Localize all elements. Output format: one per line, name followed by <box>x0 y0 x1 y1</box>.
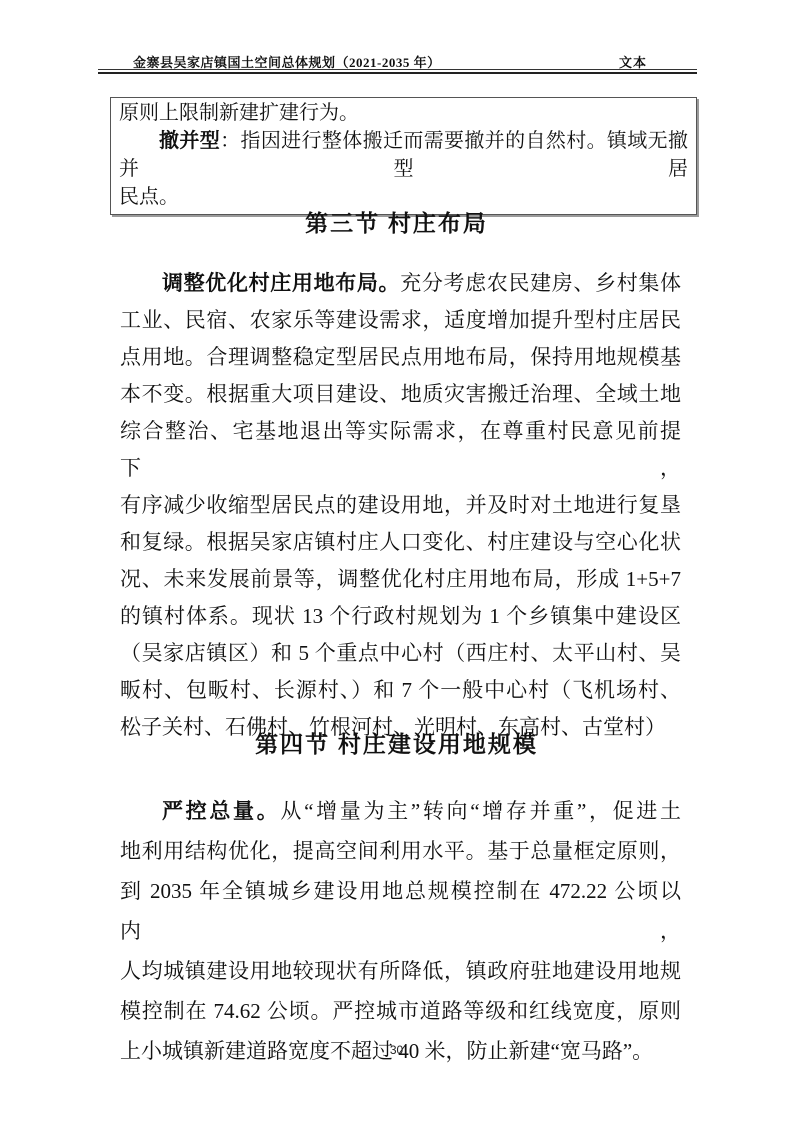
body-line: 工业、民宿、农家乐等建设需求，适度增加提升型村庄居民 <box>120 302 681 339</box>
document-page: 金寨县吴家店镇国土空间总体规划（2021-2035 年） 文本 原则上限制新建扩… <box>0 0 793 1122</box>
body-line: 和复绿。根据吴家店镇村庄人口变化、村庄建设与空心化状 <box>120 524 681 561</box>
body-line: 况、未来发展前景等，调整优化村庄用地布局，形成 1+5+7 <box>120 561 681 598</box>
paragraph-lead: 调整优化村庄用地布局。 <box>162 271 400 295</box>
section-title-4: 第四节 村庄建设用地规模 <box>0 727 793 763</box>
page-number: 30 <box>0 1043 793 1057</box>
body-line: 综合整治、宅基地退出等实际需求，在尊重村民意见前提下， <box>120 413 681 487</box>
paragraph-lead: 严控总量。 <box>162 799 280 823</box>
paragraph-land-scale: 严控总量。从“增量为主”转向“增存并重”，促进土 地利用结构优化，提高空间利用水… <box>120 791 681 1071</box>
body-line: 人均城镇建设用地较现状有所降低，镇政府驻地建设用地规 <box>120 951 681 991</box>
note-line: 原则上限制新建扩建行为。 <box>119 99 688 127</box>
note-term: 撤并型 <box>159 130 220 152</box>
body-line-text: 充分考虑农民建房、乡村集体 <box>400 271 681 295</box>
note-line: 撤并型：指因进行整体搬迁而需要撤并的自然村。镇域无撤并型居 <box>119 127 688 183</box>
body-line-text: 从“增量为主”转向“增存并重”，促进土 <box>280 799 681 823</box>
body-line: （吴家店镇区）和 5 个重点中心村（西庄村、太平山村、吴 <box>120 635 681 672</box>
body-line: 到 2035 年全镇城乡建设用地总规模控制在 472.22 公顷以内， <box>120 871 681 951</box>
body-line: 点用地。合理调整稳定型居民点用地布局，保持用地规模基 <box>120 339 681 376</box>
paragraph-village-layout: 调整优化村庄用地布局。充分考虑农民建房、乡村集体 工业、民宿、农家乐等建设需求，… <box>120 265 681 746</box>
body-line: 严控总量。从“增量为主”转向“增存并重”，促进土 <box>120 791 681 831</box>
body-line: 调整优化村庄用地布局。充分考虑农民建房、乡村集体 <box>120 265 681 302</box>
section-title-3: 第三节 村庄布局 <box>0 206 793 242</box>
header-rule-thin <box>98 69 697 70</box>
body-line: 模控制在 74.62 公顷。严控城市道路等级和红线宽度，原则 <box>120 991 681 1031</box>
header-rule-thick <box>98 72 697 74</box>
body-line: 畈村、包畈村、长源村、）和 7 个一般中心村（飞机场村、 <box>120 672 681 709</box>
body-line: 有序减少收缩型居民点的建设用地，并及时对土地进行复垦 <box>120 487 681 524</box>
body-line: 地利用结构优化，提高空间利用水平。基于总量框定原则， <box>120 831 681 871</box>
note-box: 原则上限制新建扩建行为。 撤并型：指因进行整体搬迁而需要撤并的自然村。镇域无撤并… <box>110 97 697 215</box>
body-line: 本不变。根据重大项目建设、地质灾害搬迁治理、全域土地 <box>120 376 681 413</box>
body-line: 的镇村体系。现状 13 个行政村规划为 1 个乡镇集中建设区 <box>120 598 681 635</box>
